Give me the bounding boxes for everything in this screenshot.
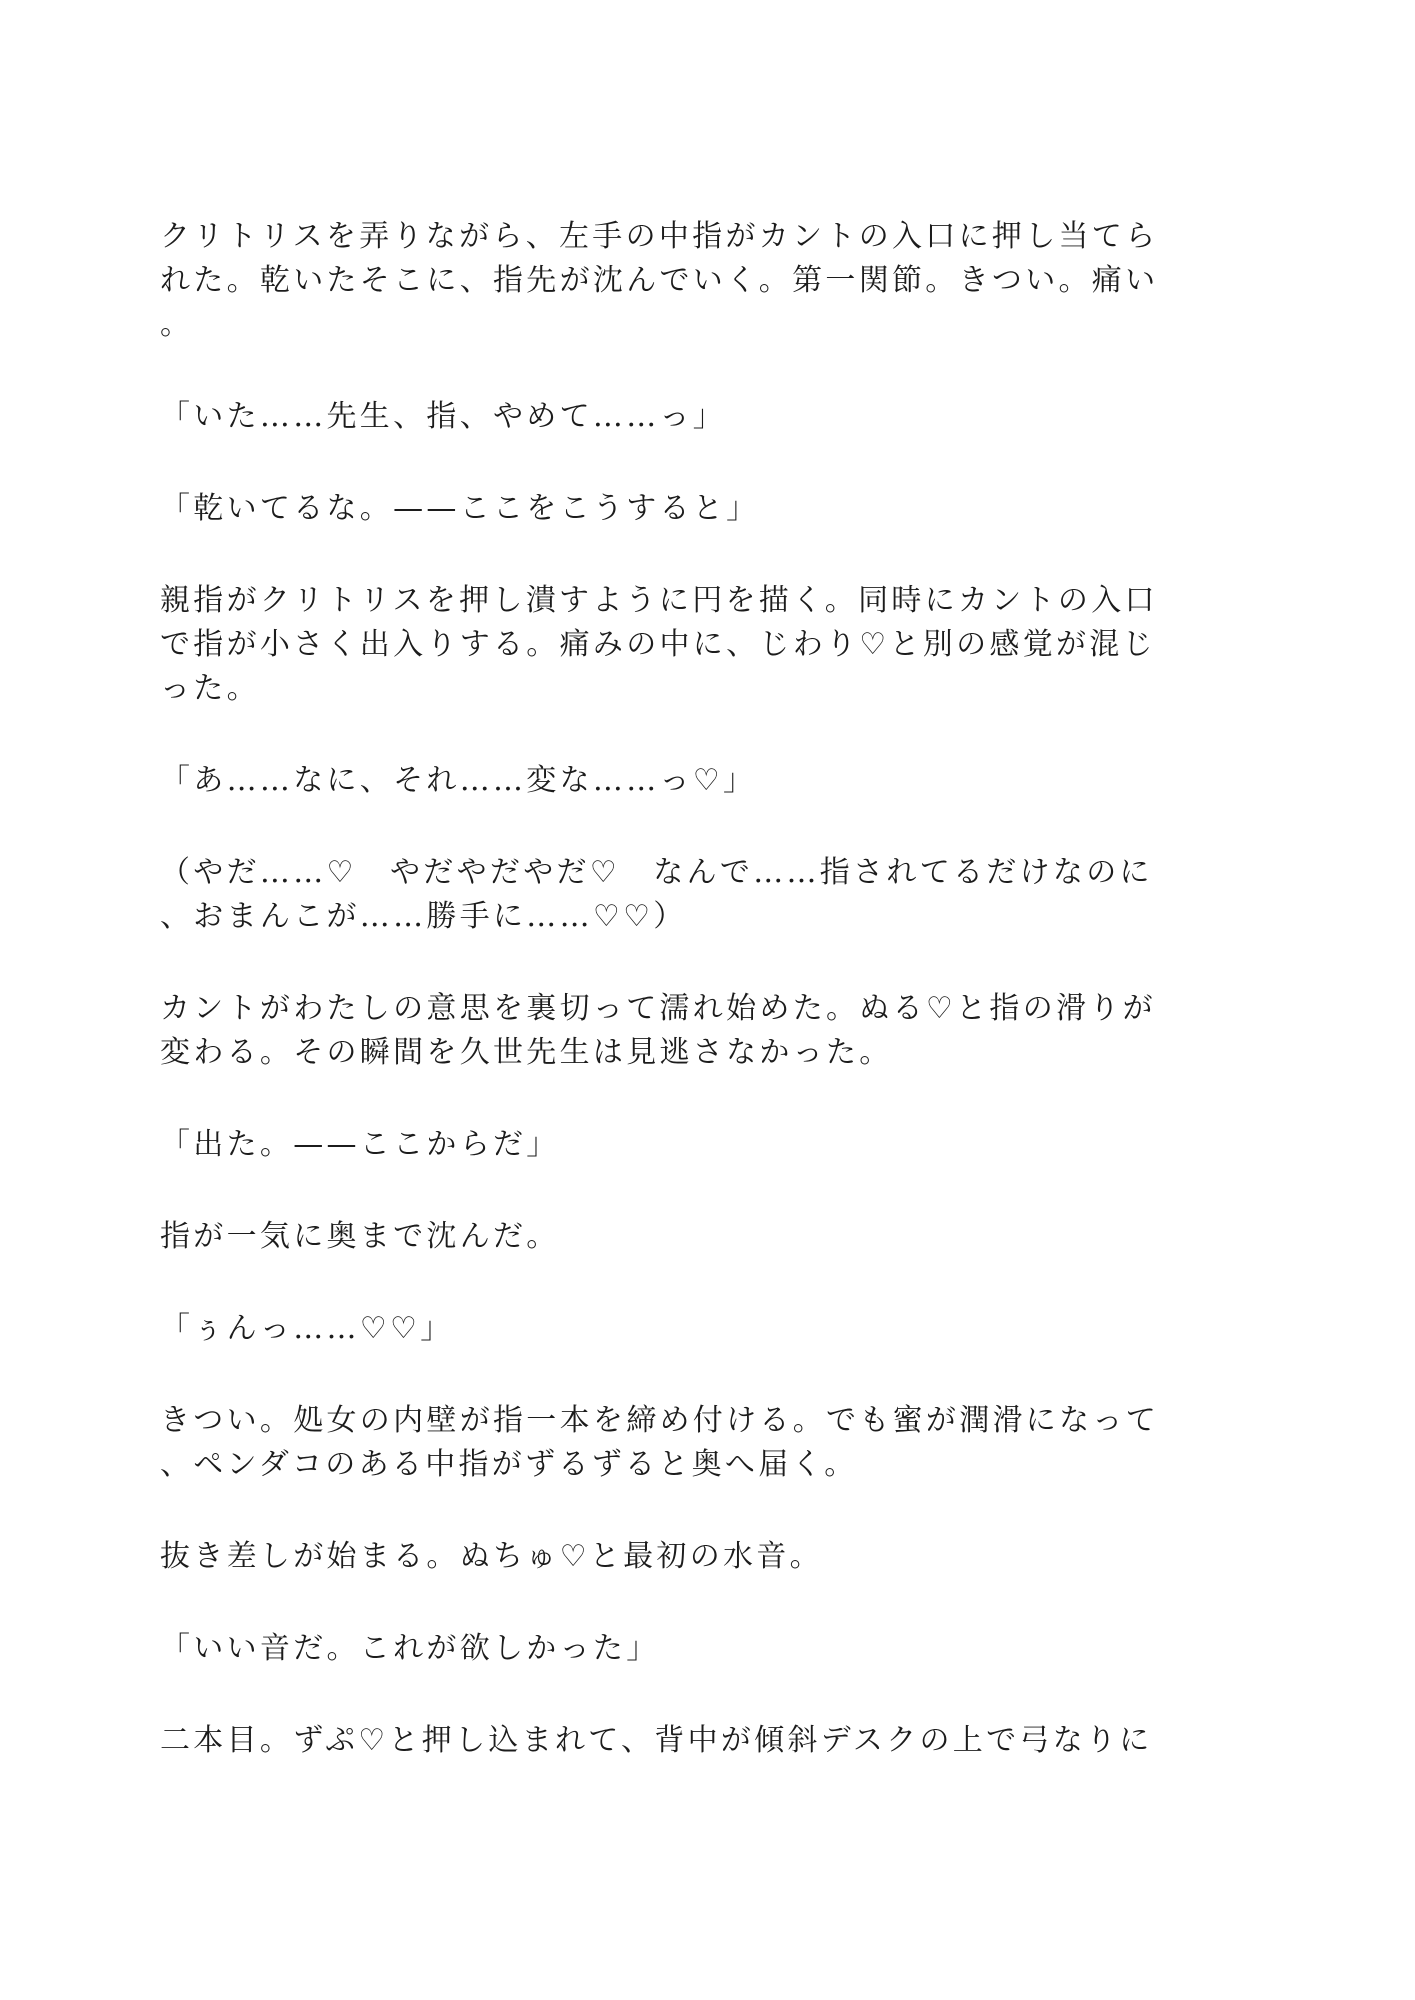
paragraph: 「ぅんっ……♡♡」 (160, 1307, 1205, 1351)
paragraph: 「乾いてるな。——ここをこうすると」 (160, 487, 1205, 531)
paragraph: 「いた……先生、指、やめて……っ」 (160, 395, 1205, 439)
paragraph: 「あ……なに、それ……変な……っ♡」 (160, 759, 1205, 803)
paragraph: カントがわたしの意思を裏切って濡れ始めた。ぬる♡と指の滑りが 変わる。その瞬間を… (160, 987, 1205, 1075)
paragraph: 指が一気に奥まで沈んだ。 (160, 1215, 1205, 1259)
paragraph: 抜き差しが始まる。ぬちゅ♡と最初の水音。 (160, 1535, 1205, 1579)
paragraph: 親指がクリトリスを押し潰すように円を描く。同時にカントの入口 で指が小さく出入り… (160, 579, 1205, 711)
document-page: クリトリスを弄りながら、左手の中指がカントの入口に押し当てら れた。乾いたそこに… (0, 0, 1415, 2000)
paragraph: 二本目。ずぷ♡と押し込まれて、背中が傾斜デスクの上で弓なりに (160, 1719, 1205, 1763)
paragraph: 「出た。——ここからだ」 (160, 1123, 1205, 1167)
paragraph: 「いい音だ。これが欲しかった」 (160, 1627, 1205, 1671)
paragraph: クリトリスを弄りながら、左手の中指がカントの入口に押し当てら れた。乾いたそこに… (160, 215, 1205, 347)
paragraph: きつい。処女の内壁が指一本を締め付ける。でも蜜が潤滑になって 、ペンダコのある中… (160, 1399, 1205, 1487)
paragraph: （やだ……♡ やだやだやだ♡ なんで……指されてるだけなのに 、おまんこが……勝… (160, 851, 1205, 939)
text-column: クリトリスを弄りながら、左手の中指がカントの入口に押し当てら れた。乾いたそこに… (160, 215, 1205, 1811)
